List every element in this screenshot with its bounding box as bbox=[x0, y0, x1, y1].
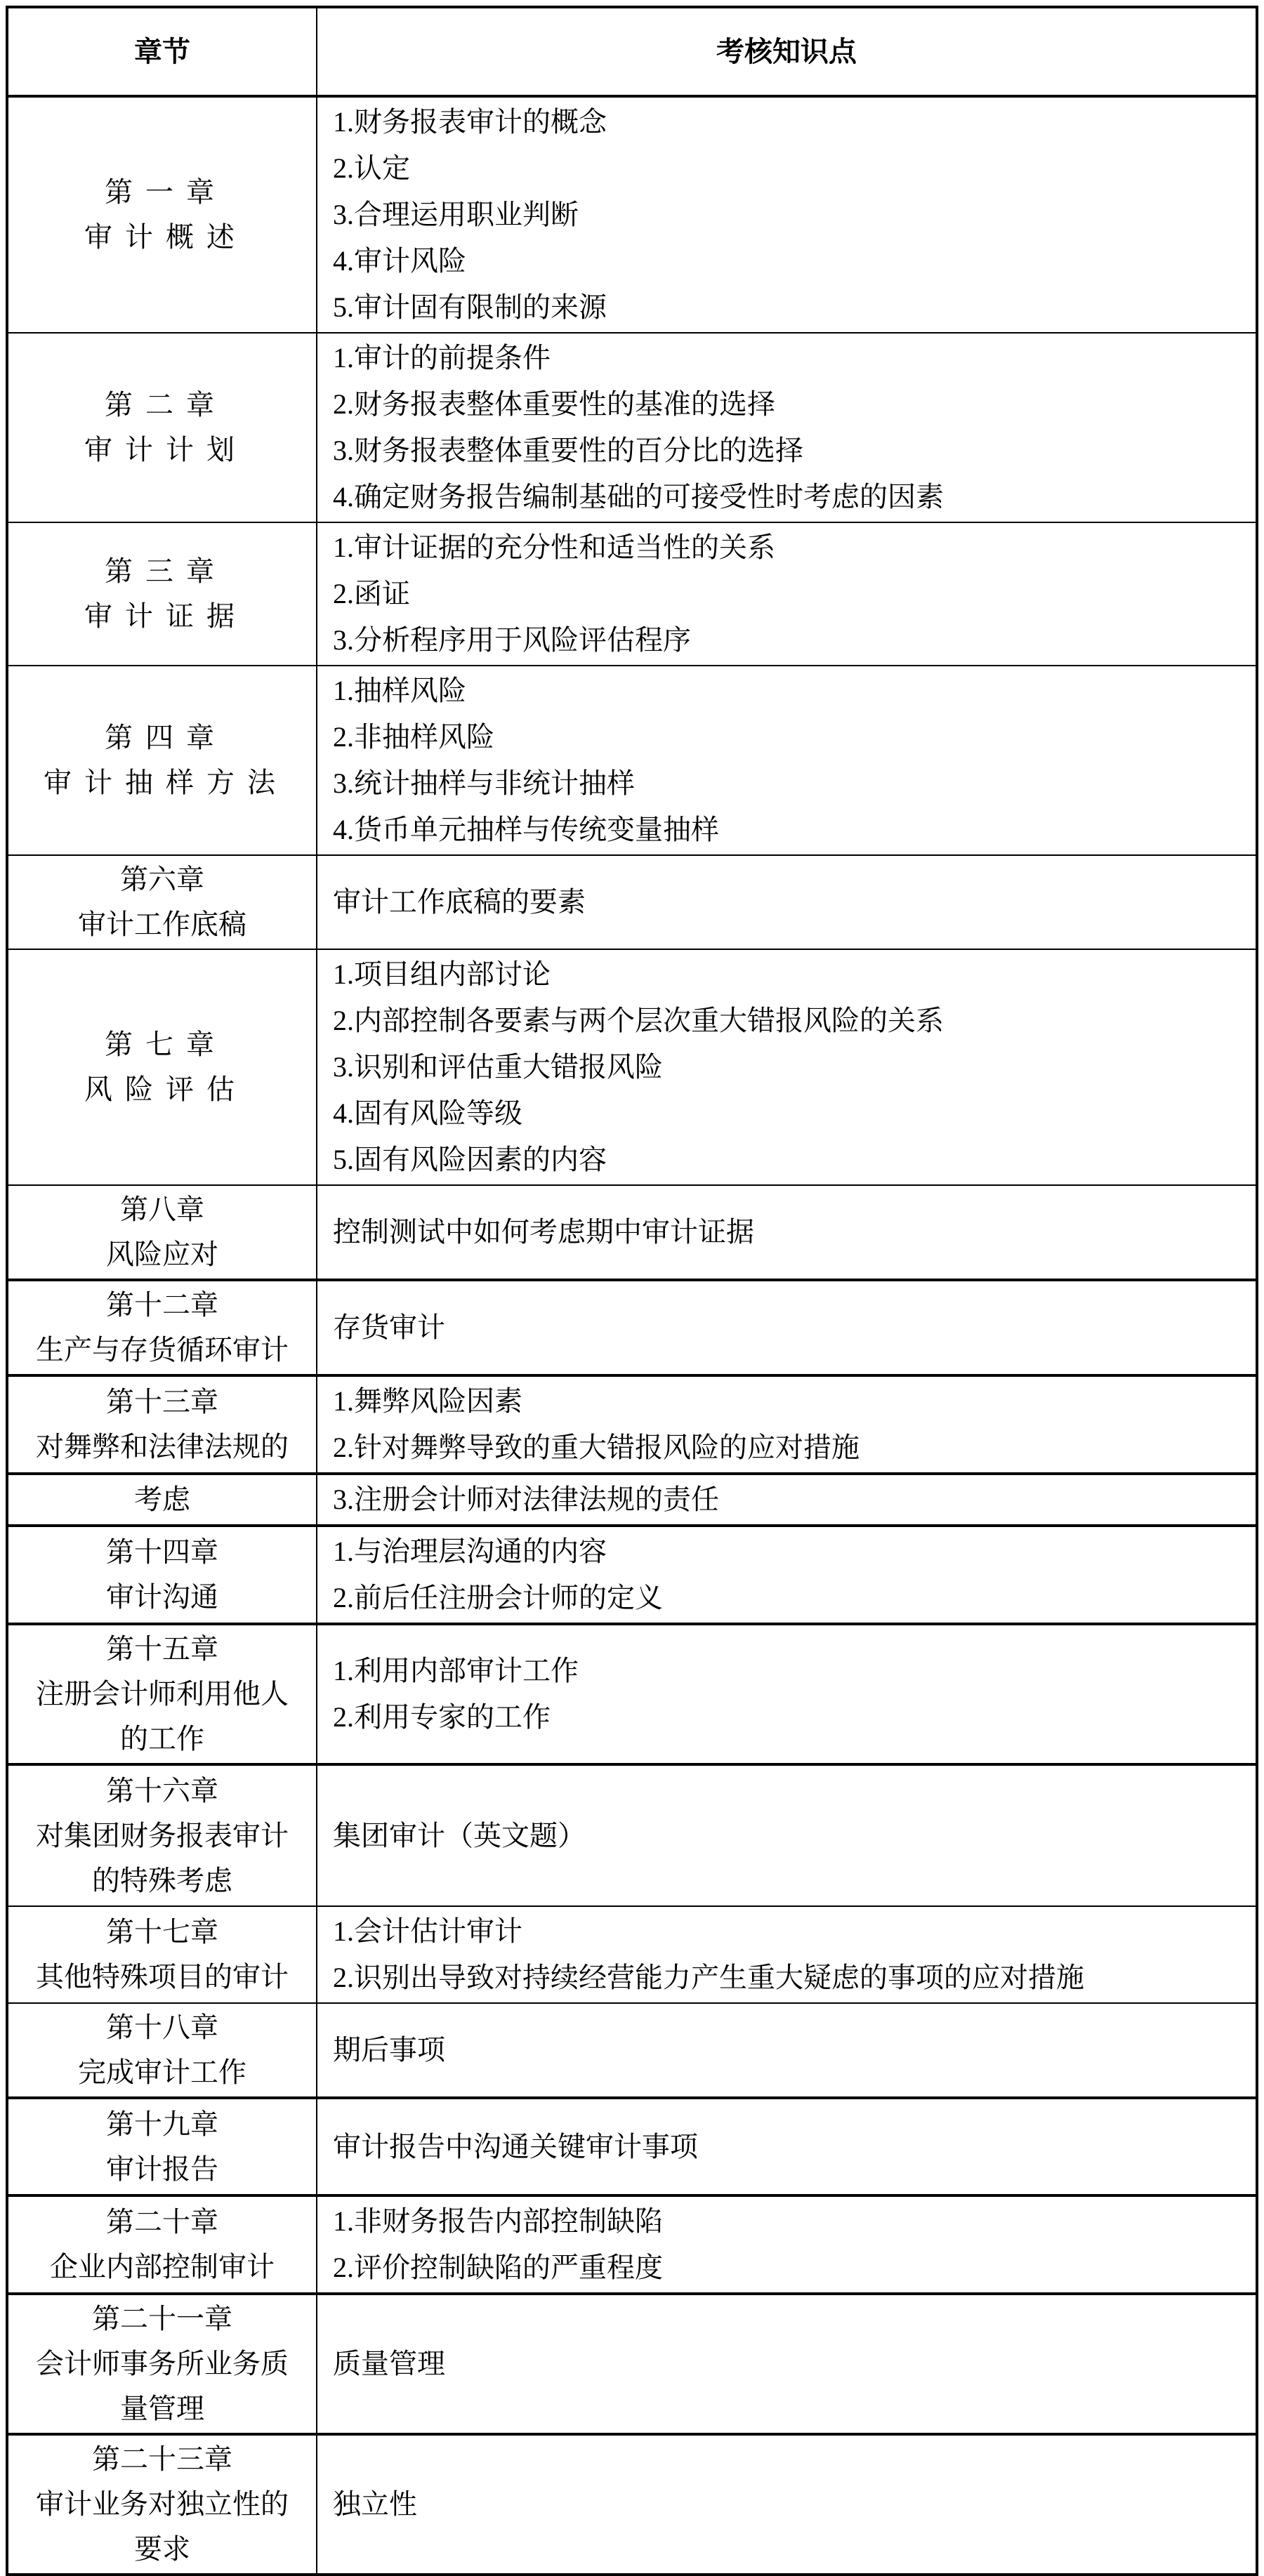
knowledge-points-cell: 审计工作底稿的要素 bbox=[317, 856, 1256, 949]
table-row: 第二十三章 审计业务对独立性的 要求 独立性 bbox=[8, 2433, 1256, 2573]
table-header-row: 章节 考核知识点 bbox=[8, 8, 1256, 95]
knowledge-points-cell: 审计报告中沟通关键审计事项 bbox=[317, 2099, 1256, 2194]
chapter-column-header: 章节 bbox=[8, 8, 317, 95]
knowledge-column-header: 考核知识点 bbox=[317, 8, 1256, 95]
knowledge-points-cell: 控制测试中如何考虑期中审计证据 bbox=[317, 1186, 1256, 1279]
chapter-cell: 第二十章 企业内部控制审计 bbox=[8, 2197, 317, 2292]
table-row: 第四章 审计抽样方法 1.抽样风险 2.非抽样风险 3.统计抽样与非统计抽样 4… bbox=[8, 665, 1256, 854]
table-row: 第二十章 企业内部控制审计 1.非财务报告内部控制缺陷 2.评价控制缺陷的严重程… bbox=[8, 2194, 1256, 2292]
chapter-cell: 第二十三章 审计业务对独立性的 要求 bbox=[8, 2436, 317, 2573]
table-row: 第三章 审计证据 1.审计证据的充分性和适当性的关系 2.函证 3.分析程序用于… bbox=[8, 522, 1256, 665]
table-row: 第一章 审计概述 1.财务报表审计的概念 2.认定 3.合理运用职业判断 4.审… bbox=[8, 95, 1256, 332]
chapter-cell: 第十三章 对舞弊和法律法规的 bbox=[8, 1377, 317, 1472]
table-row: 第十七章 其他特殊项目的审计 1.会计估计审计 2.识别出导致对持续经营能力产生… bbox=[8, 1905, 1256, 2002]
knowledge-points-cell: 1.舞弊风险因素 2.针对舞弊导致的重大错报风险的应对措施 bbox=[317, 1377, 1256, 1472]
chapter-cell: 第四章 审计抽样方法 bbox=[8, 666, 317, 854]
chapter-cell: 第八章 风险应对 bbox=[8, 1186, 317, 1279]
table-row: 第十三章 对舞弊和法律法规的 1.舞弊风险因素 2.针对舞弊导致的重大错报风险的… bbox=[8, 1374, 1256, 1472]
table-row: 第十八章 完成审计工作 期后事项 bbox=[8, 2002, 1256, 2096]
chapter-cell: 考虑 bbox=[8, 1475, 317, 1524]
chapter-cell: 第十七章 其他特殊项目的审计 bbox=[8, 1907, 317, 2002]
knowledge-points-cell: 1.项目组内部讨论 2.内部控制各要素与两个层次重大错报风险的关系 3.识别和评… bbox=[317, 950, 1256, 1184]
knowledge-points-cell: 1.审计证据的充分性和适当性的关系 2.函证 3.分析程序用于风险评估程序 bbox=[317, 523, 1256, 665]
knowledge-points-cell: 期后事项 bbox=[317, 2004, 1256, 2096]
table-row: 第六章 审计工作底稿 审计工作底稿的要素 bbox=[8, 854, 1256, 949]
chapter-cell: 第二章 审计计划 bbox=[8, 333, 317, 522]
knowledge-points-cell: 1.会计估计审计 2.识别出导致对持续经营能力产生重大疑虑的事项的应对措施 bbox=[317, 1907, 1256, 2002]
table-row: 第八章 风险应对 控制测试中如何考虑期中审计证据 bbox=[8, 1184, 1256, 1279]
chapter-cell: 第三章 审计证据 bbox=[8, 523, 317, 665]
knowledge-points-cell: 1.审计的前提条件 2.财务报表整体重要性的基准的选择 3.财务报表整体重要性的… bbox=[317, 333, 1256, 522]
knowledge-points-cell: 1.财务报表审计的概念 2.认定 3.合理运用职业判断 4.审计风险 5.审计固… bbox=[317, 98, 1256, 332]
chapter-cell: 第十四章 审计沟通 bbox=[8, 1527, 317, 1623]
chapter-cell: 第十九章 审计报告 bbox=[8, 2099, 317, 2194]
knowledge-points-cell: 1.与治理层沟通的内容 2.前后任注册会计师的定义 bbox=[317, 1527, 1256, 1623]
chapter-cell: 第一章 审计概述 bbox=[8, 98, 317, 332]
table-row: 第十六章 对集团财务报表审计 的特殊考虑 集团审计（英文题） bbox=[8, 1763, 1256, 1905]
knowledge-points-cell: 1.非财务报告内部控制缺陷 2.评价控制缺陷的严重程度 bbox=[317, 2197, 1256, 2292]
table-body: 第一章 审计概述 1.财务报表审计的概念 2.认定 3.合理运用职业判断 4.审… bbox=[8, 95, 1256, 2573]
table-row: 第七章 风险评估 1.项目组内部讨论 2.内部控制各要素与两个层次重大错报风险的… bbox=[8, 949, 1256, 1184]
chapter-cell: 第十八章 完成审计工作 bbox=[8, 2004, 317, 2096]
table-row: 第十四章 审计沟通 1.与治理层沟通的内容 2.前后任注册会计师的定义 bbox=[8, 1524, 1256, 1623]
chapter-cell: 第十五章 注册会计师利用他人 的工作 bbox=[8, 1625, 317, 1763]
knowledge-points-cell: 集团审计（英文题） bbox=[317, 1766, 1256, 1905]
table-row: 第十二章 生产与存货循环审计 存货审计 bbox=[8, 1279, 1256, 1374]
knowledge-points-cell: 独立性 bbox=[317, 2436, 1256, 2573]
document-page: 章节 考核知识点 第一章 审计概述 1.财务报表审计的概念 2.认定 3.合理运… bbox=[0, 6, 1264, 2576]
table-row: 第二章 审计计划 1.审计的前提条件 2.财务报表整体重要性的基准的选择 3.财… bbox=[8, 332, 1256, 522]
chapter-cell: 第二十一章 会计师事务所业务质 量管理 bbox=[8, 2295, 317, 2433]
chapter-cell: 第七章 风险评估 bbox=[8, 950, 317, 1184]
table-row: 考虑 3.注册会计师对法律法规的责任 bbox=[8, 1472, 1256, 1524]
knowledge-points-cell: 1.利用内部审计工作 2.利用专家的工作 bbox=[317, 1625, 1256, 1763]
table-row: 第十五章 注册会计师利用他人 的工作 1.利用内部审计工作 2.利用专家的工作 bbox=[8, 1623, 1256, 1763]
knowledge-points-cell: 存货审计 bbox=[317, 1281, 1256, 1374]
table-row: 第十九章 审计报告 审计报告中沟通关键审计事项 bbox=[8, 2096, 1256, 2194]
chapter-cell: 第十二章 生产与存货循环审计 bbox=[8, 1281, 317, 1374]
chapter-cell: 第六章 审计工作底稿 bbox=[8, 856, 317, 949]
knowledge-points-cell: 3.注册会计师对法律法规的责任 bbox=[317, 1475, 1256, 1524]
chapter-cell: 第十六章 对集团财务报表审计 的特殊考虑 bbox=[8, 1766, 317, 1905]
audit-knowledge-table: 章节 考核知识点 第一章 审计概述 1.财务报表审计的概念 2.认定 3.合理运… bbox=[6, 6, 1258, 2576]
knowledge-points-cell: 质量管理 bbox=[317, 2295, 1256, 2433]
table-row: 第二十一章 会计师事务所业务质 量管理 质量管理 bbox=[8, 2292, 1256, 2433]
knowledge-points-cell: 1.抽样风险 2.非抽样风险 3.统计抽样与非统计抽样 4.货币单元抽样与传统变… bbox=[317, 666, 1256, 854]
